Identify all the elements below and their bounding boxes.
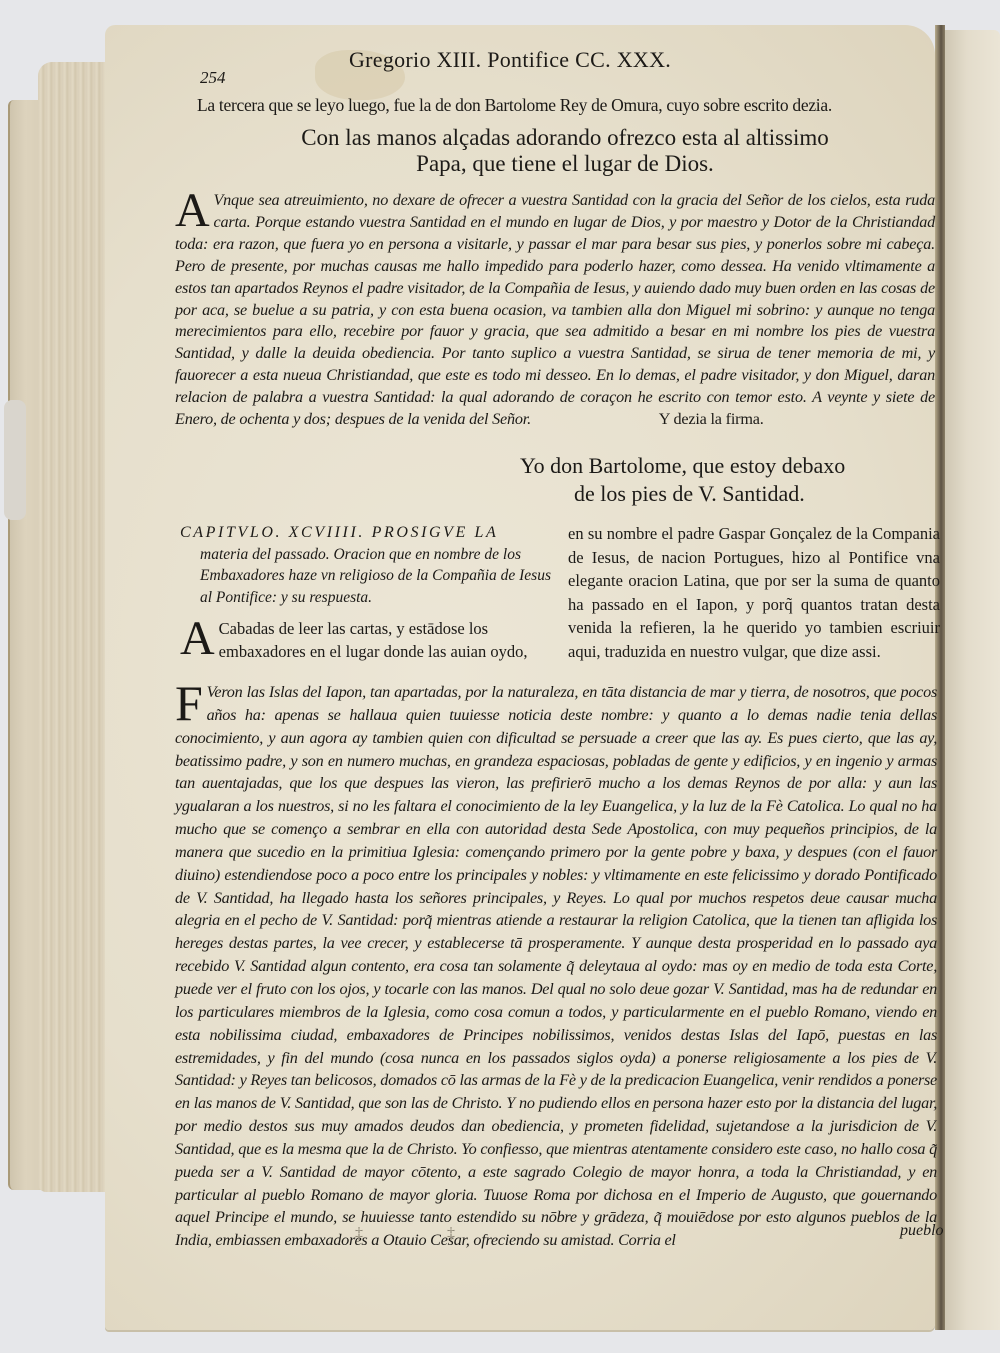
letter-text: AVnque sea atreuimiento, no dexare de of… (175, 190, 935, 431)
chapter-heading: CAPITVLO. XCVIIII. PROSIGVE LA materia d… (180, 522, 562, 608)
chapter-opening-text: Cabadas de leer las cartas, y estādose l… (219, 619, 528, 661)
right-column-paragraph: en su nombre el padre Gaspar Gonçalez de… (568, 522, 940, 663)
catchword: pueblo (900, 1222, 944, 1240)
letter-body: Vnque sea atreuimiento, no dexare de ofr… (175, 191, 935, 428)
oration-text: FVeron las Islas del Iapon, tan apartada… (175, 681, 937, 1252)
book-leaf-edges (38, 62, 110, 1192)
running-head: Gregorio XIII. Pontifice CC. XXX. (230, 47, 790, 73)
page-number: 254 (200, 68, 226, 88)
chapter-dropcap: A (180, 619, 215, 659)
chapter-summary: materia del passado. Oracion que en nomb… (180, 544, 562, 609)
superscription-line-2: Papa, que tiene el lugar de Dios. (250, 151, 880, 177)
signature-line-1: Yo don Bartolome, que estoy debaxo (430, 452, 910, 480)
letter-signature: Yo don Bartolome, que estoy debaxo de lo… (430, 452, 910, 508)
superscription-line-1: Con las manos alçadas adorando ofrezco e… (250, 125, 880, 151)
signature-marks: ‡ ‡ (355, 1225, 495, 1243)
letter-dropcap: A (175, 192, 209, 230)
torn-spine-fragment (4, 400, 26, 520)
chapter-opening-paragraph: ACabadas de leer las cartas, y estādose … (180, 617, 562, 663)
intro-line: La tercera que se leyo luego, fue la de … (197, 95, 937, 116)
signature-intro: Y dezia la firma. (659, 409, 764, 431)
oration-body: Veron las Islas del Iapon, tan apartadas… (175, 683, 937, 1249)
chapter-caption: CAPITVLO. XCVIIII. PROSIGVE LA (180, 522, 562, 544)
letter-superscription: Con las manos alçadas adorando ofrezco e… (250, 125, 880, 177)
oration-dropcap: F (175, 683, 203, 723)
facing-page-edge (945, 30, 1000, 1330)
signature-line-2: de los pies de V. Santidad. (430, 480, 910, 508)
